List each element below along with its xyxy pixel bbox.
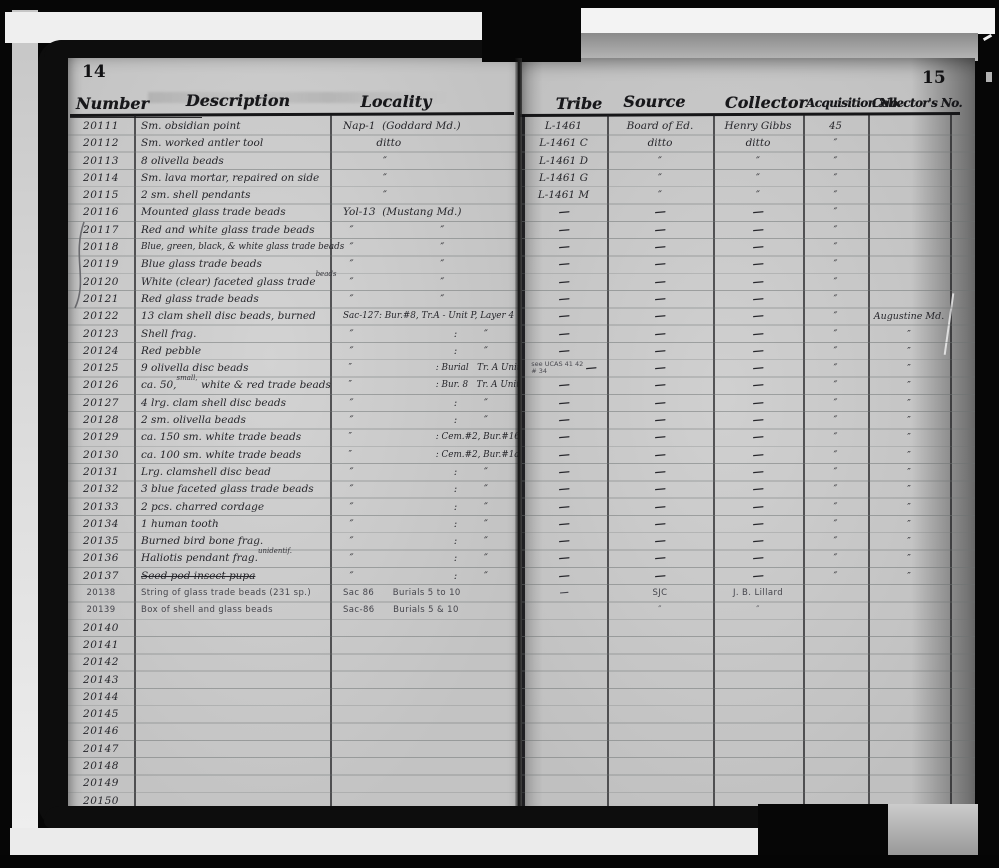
cell-source: — (607, 447, 713, 464)
ledger-row-20147: 20147 (68, 741, 518, 758)
ledger-row-20131: 20131Lrg. clamshell disc bead ″ : ″ (68, 464, 518, 481)
cell-locality: ″ : ″ (337, 533, 518, 550)
inserted-note: beads (316, 270, 337, 278)
blank-entry-dash: — (752, 533, 764, 551)
cell-description: 1 human tooth (134, 516, 337, 533)
ledger-row-20128: 201282 sm. olivella beads ″ : ″ (68, 412, 518, 429)
ledger-row-right-33 (520, 672, 975, 689)
cell-source: — (607, 395, 713, 412)
cell-description: Blue, green, black, & white glass trade … (134, 239, 337, 256)
cell-collectors-no: ″ (868, 516, 950, 533)
cell-locality: ″ : ″ (337, 499, 518, 516)
header-source: Source (612, 92, 697, 111)
ledger-row-right-36 (520, 723, 975, 740)
ledger-row-right-32 (520, 654, 975, 671)
cell-collectors-no (868, 637, 950, 654)
cell-number: 20146 (68, 723, 134, 740)
ledger-row-right-7: ———″ (520, 222, 975, 239)
cell-number: 20129 (68, 429, 134, 446)
cell-collector: — (713, 343, 803, 360)
cell-description: White (clear) faceted glass tradebeads (134, 274, 337, 291)
cell-source: Board of Ed. (607, 118, 713, 135)
cell-tribe: — (520, 239, 607, 256)
cell-description: 8 olivella beads (134, 153, 337, 170)
cell-collectors-no (868, 585, 950, 602)
ledger-row-20134: 201341 human tooth ″ : ″ (68, 516, 518, 533)
cell-tribe: — (520, 326, 607, 343)
cell-locality: ditto (337, 135, 518, 152)
cell-number: 20116 (68, 204, 134, 221)
blank-entry-dash: — (654, 481, 666, 499)
ledger-row-right-5: L-1461 M″″″ (520, 187, 975, 204)
cell-locality (337, 758, 518, 775)
pencil-note: see UCAS 41 42 # 34 (531, 361, 583, 376)
ledger-row-20111: 20111Sm. obsidian pointNap-1 (Goddard Md… (68, 118, 518, 135)
cell-locality: ″ : ″ (337, 395, 518, 412)
cell-tribe: — (520, 291, 607, 308)
cell-acquisition-no (803, 654, 868, 671)
cell-collector: — (713, 256, 803, 273)
cell-collectors-no (868, 291, 950, 308)
ledger-row-right-25: ———″″ (520, 533, 975, 550)
cell-source: — (607, 481, 713, 498)
page-gutter-shadow (515, 58, 522, 808)
cell-number: 20144 (68, 689, 134, 706)
ledger-row-20137: 20137Seed pod insect pupa ″ : ″ (68, 568, 518, 585)
cell-number: 20126 (68, 377, 134, 394)
cell-collectors-no (868, 758, 950, 775)
cell-collector: — (713, 429, 803, 446)
cell-collector (713, 775, 803, 792)
cell-acquisition-no: ″ (803, 153, 868, 170)
cell-tribe: — (520, 274, 607, 291)
film-scratch (986, 72, 992, 82)
cell-description: Red pebble (134, 343, 337, 360)
blank-entry-dash: — (752, 360, 764, 378)
cell-tribe: — (520, 204, 607, 221)
cell-source: ″ (607, 187, 713, 204)
cell-acquisition-no: ″ (803, 135, 868, 152)
cell-number: 20134 (68, 516, 134, 533)
blank-entry-dash: — (558, 377, 570, 395)
cell-source: ″ (607, 602, 713, 619)
cell-number: 20117 (68, 222, 134, 239)
right-page-top-shadow-band (520, 33, 978, 61)
cell-acquisition-no: ″ (803, 326, 868, 343)
ledger-row-20144: 20144 (68, 689, 518, 706)
cell-tribe (520, 706, 607, 723)
cell-acquisition-no (803, 637, 868, 654)
cell-source (607, 620, 713, 637)
ledger-row-20124: 20124Red pebble ″ : ″ (68, 343, 518, 360)
cell-number: 20125 (68, 360, 134, 377)
blank-entry-dash: — (558, 204, 570, 222)
cell-collector: — (713, 204, 803, 221)
blank-entry-dash: — (752, 515, 764, 533)
cell-collectors-no (868, 256, 950, 273)
cell-collectors-no (868, 654, 950, 671)
header-description: Description (168, 91, 308, 110)
top-center-black-notch (482, 0, 581, 62)
cell-collectors-no (868, 153, 950, 170)
cell-locality (337, 637, 518, 654)
scanned-ledger-photo: 14 Number Description Locality 20111Sm. … (0, 0, 999, 868)
blank-entry-dash: — (654, 464, 666, 482)
cell-tribe: — (520, 395, 607, 412)
cell-source: — (607, 204, 713, 221)
cell-acquisition-no: ″ (803, 360, 868, 377)
cell-source: SJC (607, 585, 713, 602)
cell-source: — (607, 464, 713, 481)
cell-locality: ″ ″ (337, 256, 518, 273)
header-acquisition-no: Acquisition No. (806, 96, 880, 110)
cell-acquisition-no (803, 723, 868, 740)
ledger-row-right-16: ———″″ (520, 377, 975, 394)
cell-number: 20137 (68, 568, 134, 585)
ledger-row-20127: 201274 lrg. clam shell disc beads ″ : ″ (68, 395, 518, 412)
cell-acquisition-no (803, 672, 868, 689)
cell-description: ca. 50,small, white & red trade beads (134, 377, 337, 394)
blank-entry-dash: — (752, 394, 764, 412)
ledger-row-right-27: ———″″ (520, 568, 975, 585)
cell-description: 2 sm. olivella beads (134, 412, 337, 429)
background-strip-top-left (5, 12, 482, 43)
cell-collector: J. B. Lillard (713, 585, 803, 602)
cell-acquisition-no: ″ (803, 308, 868, 325)
blank-entry-dash: — (654, 256, 666, 274)
blank-entry-dash: — (752, 291, 764, 309)
cell-number: 20112 (68, 135, 134, 152)
cell-collectors-no (868, 222, 950, 239)
film-scratch (983, 34, 992, 41)
cell-acquisition-no: ″ (803, 274, 868, 291)
cell-collectors-no: ″ (868, 550, 950, 567)
blank-entry-dash: — (752, 256, 764, 274)
cell-collectors-no (868, 723, 950, 740)
cell-number: 20148 (68, 758, 134, 775)
background-strip-bottom-right (888, 804, 978, 855)
cell-locality (337, 775, 518, 792)
cell-collector: — (713, 291, 803, 308)
blank-entry-dash: — (752, 342, 764, 360)
cell-collectors-no (868, 620, 950, 637)
cell-collectors-no: ″ (868, 499, 950, 516)
cell-source: — (607, 516, 713, 533)
ledger-row-20130: 20130ca. 100 sm. white trade beads ″ : C… (68, 447, 518, 464)
blank-entry-dash: — (558, 291, 570, 309)
cell-locality: ″ : Cem.#2, Bur.#1a. (337, 447, 518, 464)
cell-description: ca. 100 sm. white trade beads (134, 447, 337, 464)
blank-entry-dash: — (558, 325, 570, 343)
cell-number: 20124 (68, 343, 134, 360)
cell-collector: ″ (713, 602, 803, 619)
ledger-row-right-34 (520, 689, 975, 706)
cell-collector: ditto (713, 135, 803, 152)
blank-entry-dash: — (752, 498, 764, 516)
cell-description (134, 723, 337, 740)
cell-locality: ″ ″ (337, 291, 518, 308)
cell-tribe (520, 602, 607, 619)
cell-collectors-no (868, 187, 950, 204)
header-number: Number (76, 94, 138, 113)
cell-acquisition-no (803, 758, 868, 775)
cell-acquisition-no: ″ (803, 377, 868, 394)
blank-entry-dash: — (558, 221, 570, 239)
blank-entry-dash: — (654, 550, 666, 568)
cell-number: 20121 (68, 291, 134, 308)
blank-entry-dash: — (558, 464, 570, 482)
cell-acquisition-no (803, 775, 868, 792)
cell-locality: ″ : ″ (337, 412, 518, 429)
cell-collectors-no: ″ (868, 568, 950, 585)
ledger-row-20129: 20129ca. 150 sm. white trade beads ″ : C… (68, 429, 518, 446)
cell-source (607, 637, 713, 654)
cell-acquisition-no: ″ (803, 204, 868, 221)
cell-collectors-no (868, 602, 950, 619)
ledger-row-20141: 20141 (68, 637, 518, 654)
cell-collectors-no: ″ (868, 343, 950, 360)
cell-collector: — (713, 533, 803, 550)
cell-description: Box of shell and glass beads (134, 602, 337, 619)
cell-source: ″ (607, 153, 713, 170)
inserted-note: small, (177, 374, 198, 382)
ledger-row-20139: 20139Box of shell and glass beadsSac-86 … (68, 602, 518, 619)
cell-acquisition-no (803, 585, 868, 602)
cell-locality: ″ ″ (337, 274, 518, 291)
blank-entry-dash: — (752, 464, 764, 482)
cell-collector: — (713, 464, 803, 481)
ledger-row-20120: 20120White (clear) faceted glass tradebe… (68, 274, 518, 291)
blank-entry-dash: — (654, 567, 666, 585)
blank-entry-dash: — (654, 412, 666, 430)
cell-source (607, 723, 713, 740)
blank-entry-dash: — (654, 204, 666, 222)
cell-description (134, 741, 337, 758)
cell-collector (713, 723, 803, 740)
cell-collectors-no: ″ (868, 464, 950, 481)
cell-acquisition-no (803, 620, 868, 637)
ledger-row-right-12: ———″Augustine Md. (520, 308, 975, 325)
cell-collectors-no (868, 775, 950, 792)
blank-entry-dash: — (654, 342, 666, 360)
ledger-row-right-19: ———″″ (520, 429, 975, 446)
cell-locality: ″ (337, 187, 518, 204)
cell-collectors-no: ″ (868, 429, 950, 446)
ledger-row-20121: 20121Red glass trade beads ″ ″ (68, 291, 518, 308)
cell-collector: — (713, 308, 803, 325)
cell-description: Blue glass trade beads (134, 256, 337, 273)
ledger-row-20112: 20112Sm. worked antler tool ditto (68, 135, 518, 152)
blank-entry-dash: — (585, 360, 597, 378)
cell-locality: Sac-127: Bur.#8, Tr.A - Unit P, Layer 4 (337, 308, 518, 325)
ledger-row-right-37 (520, 741, 975, 758)
cell-tribe: — (520, 568, 607, 585)
blank-entry-dash: — (558, 533, 570, 551)
blank-entry-dash: — (752, 221, 764, 239)
cell-locality: ″ : ″ (337, 326, 518, 343)
cell-description: Red glass trade beads (134, 291, 337, 308)
cell-locality (337, 741, 518, 758)
cell-acquisition-no: ″ (803, 412, 868, 429)
ledger-row-right-4: L-1461 G″″″ (520, 170, 975, 187)
blank-entry-dash: — (752, 239, 764, 257)
blank-entry-dash: — (654, 360, 666, 378)
blank-entry-dash: — (558, 412, 570, 430)
ledger-row-right-18: ———″″ (520, 412, 975, 429)
blank-entry-dash: — (559, 585, 569, 603)
blank-entry-dash: — (654, 221, 666, 239)
cell-collector (713, 706, 803, 723)
ledger-row-20145: 20145 (68, 706, 518, 723)
cell-collector: — (713, 239, 803, 256)
cell-collector (713, 672, 803, 689)
cell-description (134, 637, 337, 654)
cell-number: 20119 (68, 256, 134, 273)
cell-acquisition-no (803, 741, 868, 758)
header-collectors-no: Collector's No. (872, 96, 958, 110)
cell-source: — (607, 360, 713, 377)
cell-source: ditto (607, 135, 713, 152)
blank-entry-dash: — (752, 446, 764, 464)
ledger-row-20136: 20136Haliotis pendant frag.unidentif. ″ … (68, 550, 518, 567)
blank-entry-dash: — (558, 342, 570, 360)
cell-tribe (520, 741, 607, 758)
cell-collectors-no: ″ (868, 447, 950, 464)
cell-acquisition-no: 45 (803, 118, 868, 135)
cell-acquisition-no: ″ (803, 464, 868, 481)
left-page-rows: 20111Sm. obsidian pointNap-1 (Goddard Md… (68, 118, 518, 810)
blank-entry-dash: — (752, 325, 764, 343)
page-number-right: 15 (922, 68, 946, 88)
blank-entry-dash: — (558, 515, 570, 533)
cell-number: 20133 (68, 499, 134, 516)
ledger-row-20113: 201138 olivella beads ″ (68, 153, 518, 170)
background-strip-bottom-left (10, 828, 758, 855)
cell-description: Sm. worked antler tool (134, 135, 337, 152)
ledger-row-20142: 20142 (68, 654, 518, 671)
cell-number: 20136 (68, 550, 134, 567)
blank-entry-dash: — (558, 256, 570, 274)
blank-entry-dash: — (654, 498, 666, 516)
cell-collector: Henry Gibbs (713, 118, 803, 135)
ledger-row-20149: 20149 (68, 775, 518, 792)
cell-source: — (607, 239, 713, 256)
book-fore-edge (12, 10, 38, 855)
cell-collectors-no: ″ (868, 326, 950, 343)
cell-locality: Sac-86 Burials 5 & 10 (337, 602, 518, 619)
cell-collector (713, 689, 803, 706)
ledger-row-right-3: L-1461 D″″″ (520, 153, 975, 170)
cell-collector: — (713, 550, 803, 567)
blank-entry-dash: — (752, 429, 764, 447)
cell-acquisition-no (803, 602, 868, 619)
cell-locality: ″ ″ (337, 239, 518, 256)
cell-number: 20143 (68, 672, 134, 689)
cell-source: — (607, 326, 713, 343)
ledger-row-right-39 (520, 775, 975, 792)
cell-number: 20120 (68, 274, 134, 291)
ledger-row-right-20: ———″″ (520, 447, 975, 464)
cell-collector: — (713, 447, 803, 464)
cell-locality: Yol-13 (Mustang Md.) (337, 204, 518, 221)
cell-acquisition-no: ″ (803, 499, 868, 516)
cell-description (134, 706, 337, 723)
cell-acquisition-no: ″ (803, 256, 868, 273)
cell-collectors-no: ″ (868, 360, 950, 377)
header-collector: Collector (716, 93, 816, 112)
ledger-row-20118: 20118Blue, green, black, & white glass t… (68, 239, 518, 256)
cell-acquisition-no: ″ (803, 481, 868, 498)
blank-entry-dash: — (654, 325, 666, 343)
cell-acquisition-no: ″ (803, 429, 868, 446)
cell-locality: ″ : ″ (337, 550, 518, 567)
right-page-rows: L-1461Board of Ed.Henry Gibbs45L-1461 Cd… (520, 118, 975, 808)
cell-description (134, 620, 337, 637)
blank-entry-dash: — (558, 273, 570, 291)
ledger-row-right-17: ———″″ (520, 395, 975, 412)
cell-tribe: — (520, 429, 607, 446)
cell-tribe: — (520, 585, 607, 602)
cell-collectors-no: Augustine Md. (868, 308, 950, 325)
cell-collectors-no (868, 204, 950, 221)
ledger-row-20114: 20114Sm. lava mortar, repaired on side ″ (68, 170, 518, 187)
cell-collectors-no (868, 135, 950, 152)
ledger-row-20119: 20119Blue glass trade beads ″ ″ (68, 256, 518, 273)
cell-tribe: — (520, 464, 607, 481)
cell-description: Sm. lava mortar, repaired on side (134, 170, 337, 187)
ledger-row-right-1: L-1461Board of Ed.Henry Gibbs45 (520, 118, 975, 135)
blank-entry-dash: — (558, 308, 570, 326)
right-page: 15 Tribe Source Collector Acquisition No… (520, 58, 975, 808)
ledger-row-right-24: ———″″ (520, 516, 975, 533)
cell-number: 20111 (68, 118, 134, 135)
cell-source (607, 758, 713, 775)
cell-description: 3 blue faceted glass trade beads (134, 481, 337, 498)
cell-number: 20139 (68, 602, 134, 619)
cell-tribe: — (520, 343, 607, 360)
cell-acquisition-no: ″ (803, 222, 868, 239)
cell-number: 20147 (68, 741, 134, 758)
cell-collector: — (713, 274, 803, 291)
cell-acquisition-no: ″ (803, 291, 868, 308)
cell-tribe: — (520, 481, 607, 498)
cell-collector: — (713, 568, 803, 585)
blank-entry-dash: — (654, 515, 666, 533)
blank-entry-dash: — (558, 498, 570, 516)
ledger-row-20140: 20140 (68, 620, 518, 637)
ledger-row-right-6: ———″ (520, 204, 975, 221)
cell-collectors-no: ″ (868, 412, 950, 429)
header-locality: Locality (326, 92, 466, 111)
cell-locality (337, 654, 518, 671)
cell-tribe: — (520, 256, 607, 273)
cell-description: String of glass trade beads (231 sp.) (134, 585, 337, 602)
blank-entry-dash: — (752, 550, 764, 568)
cell-source: — (607, 550, 713, 567)
blank-entry-dash: — (558, 550, 570, 568)
cell-source: — (607, 274, 713, 291)
cell-collectors-no (868, 118, 950, 135)
cell-tribe (520, 620, 607, 637)
cell-source (607, 689, 713, 706)
ledger-row-20122: 2012213 clam shell disc beads, burnedSac… (68, 308, 518, 325)
cell-description: Burned bird bone frag. (134, 533, 337, 550)
ledger-row-right-10: ———″ (520, 274, 975, 291)
ledger-row-20132: 201323 blue faceted glass trade beads ″ … (68, 481, 518, 498)
ledger-row-20133: 201332 pcs. charred cordage ″ : ″ (68, 499, 518, 516)
cell-collector: — (713, 360, 803, 377)
cell-collector: — (713, 377, 803, 394)
